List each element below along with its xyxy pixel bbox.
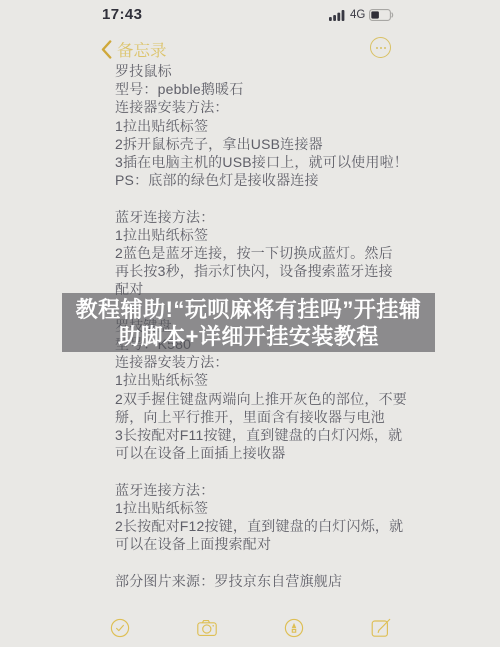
watermark-banner-line1: 教程辅助!“玩呗麻将有挂吗”开挂辅: [76, 296, 422, 323]
compose-icon[interactable]: [369, 616, 393, 640]
watermark-banner: 教程辅助!“玩呗麻将有挂吗”开挂辅 助脚本+详细开挂安装教程: [62, 293, 435, 352]
chevron-left-icon: [101, 40, 112, 59]
battery-icon: [369, 9, 394, 21]
checklist-icon[interactable]: [108, 616, 132, 640]
status-right-cluster: 4G: [329, 8, 394, 22]
back-button[interactable]: 备忘录: [101, 37, 167, 61]
cellular-signal-icon: [329, 10, 346, 21]
ellipsis-icon: [375, 46, 387, 50]
camera-icon[interactable]: [195, 616, 219, 640]
status-time: 17:43: [102, 6, 142, 23]
bottom-toolbar: [0, 608, 500, 647]
watermark-banner-line2: 助脚本+详细开挂安装教程: [118, 323, 379, 350]
network-type-label: 4G: [350, 9, 365, 21]
notes-app-screen: 17:43 4G 备忘录: [0, 0, 500, 647]
more-options-button[interactable]: [370, 37, 391, 58]
back-button-label: 备忘录: [117, 37, 167, 61]
markup-icon[interactable]: [282, 616, 306, 640]
